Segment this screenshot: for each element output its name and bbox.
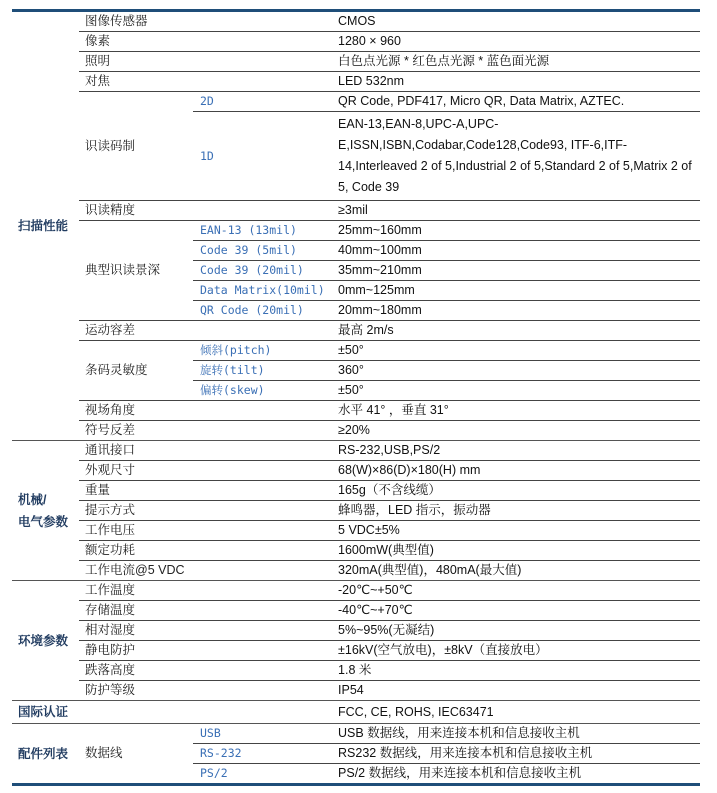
- spec-label: 提示方式: [79, 501, 326, 521]
- spec-value: ±50°: [326, 381, 700, 401]
- spec-sublabel: USB: [193, 724, 326, 744]
- spec-label: 像素: [79, 32, 326, 52]
- spec-value: 水平 41° ，垂直 31°: [326, 401, 700, 421]
- spec-row: 外观尺寸 68(W)×86(D)×180(H) mm: [12, 461, 700, 481]
- spec-row: 国际认证 FCC, CE, ROHS, IEC63471: [12, 701, 700, 724]
- spec-row: 静电防护 ±16kV(空气放电)，±8kV（直接放电）: [12, 641, 700, 661]
- spec-sublabel: 旋转(tilt): [193, 361, 326, 381]
- spec-value: FCC, CE, ROHS, IEC63471: [326, 701, 700, 724]
- spec-sublabel: 倾斜(pitch): [193, 341, 326, 361]
- spec-label: 条码灵敏度: [79, 341, 193, 401]
- spec-row: 照明 白色点光源 * 红色点光源 * 蓝色面光源: [12, 52, 700, 72]
- spec-value: IP54: [326, 681, 700, 701]
- spec-row: 重量 165g（不含线缆）: [12, 481, 700, 501]
- spec-table: 扫描性能 图像传感器 CMOS 像素 1280 × 960 照明 白色点光源 *…: [12, 9, 700, 441]
- spec-row: 机械/ 电气参数 通讯接口 RS-232,USB,PS/2: [12, 441, 700, 461]
- spec-value: 68(W)×86(D)×180(H) mm: [326, 461, 700, 481]
- spec-row: 运动容差 最高 2m/s: [12, 321, 700, 341]
- spec-row: 识读码制 2D QR Code, PDF417, Micro QR, Data …: [12, 92, 700, 112]
- spec-label: 数据线: [79, 724, 193, 785]
- spec-row: 配件列表 数据线 USB USB 数据线，用来连接本机和信息接收主机: [12, 724, 700, 744]
- spec-label: 视场角度: [79, 401, 326, 421]
- spec-sublabel: Code 39 (5mil): [193, 241, 326, 261]
- spec-label: 典型识读景深: [79, 221, 193, 321]
- spec-row: 工作电压 5 VDC±5%: [12, 521, 700, 541]
- spec-value: ≥3mil: [326, 201, 700, 221]
- spec-label: 工作电流@5 VDC: [79, 561, 326, 581]
- spec-row: 符号反差 ≥20%: [12, 421, 700, 441]
- spec-label: 跌落高度: [79, 661, 326, 681]
- section-label-mech-line2: 电气参数: [18, 515, 68, 529]
- spec-value: -40℃~+70℃: [326, 601, 700, 621]
- section-label-scan: 扫描性能: [12, 11, 79, 441]
- spec-sublabel: QR Code (20mil): [193, 301, 326, 321]
- spec-value: RS-232,USB,PS/2: [326, 441, 700, 461]
- spec-label: 通讯接口: [79, 441, 326, 461]
- spec-label: 额定功耗: [79, 541, 326, 561]
- spec-value: 1600mW(典型值): [326, 541, 700, 561]
- spec-value: ±50°: [326, 341, 700, 361]
- spec-value: 1.8 米: [326, 661, 700, 681]
- spec-value: 5 VDC±5%: [326, 521, 700, 541]
- spec-value: 1280 × 960: [326, 32, 700, 52]
- spec-value: 320mA(典型值)，480mA(最大值): [326, 561, 700, 581]
- spec-row: 提示方式 蜂鸣器，LED 指示，振动器: [12, 501, 700, 521]
- spec-sublabel: 偏转(skew): [193, 381, 326, 401]
- spec-sublabel: 2D: [193, 92, 326, 112]
- spec-label: 对焦: [79, 72, 326, 92]
- spec-row: 额定功耗 1600mW(典型值): [12, 541, 700, 561]
- spec-value: CMOS: [326, 11, 700, 32]
- section-label-acc: 配件列表: [12, 724, 79, 785]
- spec-row: 环境参数 工作温度 -20℃~+50℃: [12, 581, 700, 601]
- spec-label: 识读精度: [79, 201, 326, 221]
- spec-value: 165g（不含线缆）: [326, 481, 700, 501]
- spec-label: 照明: [79, 52, 326, 72]
- spec-value: ±16kV(空气放电)，±8kV（直接放电）: [326, 641, 700, 661]
- spec-row: 存储温度 -40℃~+70℃: [12, 601, 700, 621]
- spec-row: 典型识读景深 EAN-13 (13mil) 25mm~160mm: [12, 221, 700, 241]
- spec-row: 条码灵敏度 倾斜(pitch) ±50°: [12, 341, 700, 361]
- spec-value: ≥20%: [326, 421, 700, 441]
- spec-value: RS232 数据线，用来连接本机和信息接收主机: [326, 744, 700, 764]
- spec-label: 相对湿度: [79, 621, 326, 641]
- spec-value: QR Code, PDF417, Micro QR, Data Matrix, …: [326, 92, 700, 112]
- section-label-mech-line1: 机械/: [18, 493, 46, 507]
- spec-value: 40mm~100mm: [326, 241, 700, 261]
- spec-table-lower: 机械/ 电气参数 通讯接口 RS-232,USB,PS/2 外观尺寸 68(W)…: [12, 441, 700, 786]
- spec-row: 相对湿度 5%~95%(无凝结): [12, 621, 700, 641]
- spec-row: 扫描性能 图像传感器 CMOS: [12, 11, 700, 32]
- spec-value: 360°: [326, 361, 700, 381]
- spec-sublabel: RS-232: [193, 744, 326, 764]
- spec-row: 像素 1280 × 960: [12, 32, 700, 52]
- spec-row: 工作电流@5 VDC 320mA(典型值)，480mA(最大值): [12, 561, 700, 581]
- spec-value: 白色点光源 * 红色点光源 * 蓝色面光源: [326, 52, 700, 72]
- spec-row: 视场角度 水平 41° ，垂直 31°: [12, 401, 700, 421]
- section-label-mech: 机械/ 电气参数: [12, 441, 79, 581]
- spec-value: 25mm~160mm: [326, 221, 700, 241]
- spec-label: 静电防护: [79, 641, 326, 661]
- spec-label: 识读码制: [79, 92, 193, 201]
- spec-label: 重量: [79, 481, 326, 501]
- spec-value: 最高 2m/s: [326, 321, 700, 341]
- spec-sublabel: PS/2: [193, 764, 326, 785]
- spec-value: 35mm~210mm: [326, 261, 700, 281]
- spec-value: EAN-13,EAN-8,UPC-A,UPC-E,ISSN,ISBN,Codab…: [326, 112, 700, 201]
- spec-row: 对焦 LED 532nm: [12, 72, 700, 92]
- spec-value: PS/2 数据线，用来连接本机和信息接收主机: [326, 764, 700, 785]
- spec-label: 工作温度: [79, 581, 326, 601]
- spec-value: 20mm~180mm: [326, 301, 700, 321]
- spec-label: 运动容差: [79, 321, 326, 341]
- spec-value: 5%~95%(无凝结): [326, 621, 700, 641]
- spec-value: 蜂鸣器，LED 指示，振动器: [326, 501, 700, 521]
- spec-row: 防护等级 IP54: [12, 681, 700, 701]
- section-label-env: 环境参数: [12, 581, 79, 701]
- spec-row: 识读精度 ≥3mil: [12, 201, 700, 221]
- spec-sublabel: Data Matrix(10mil): [193, 281, 326, 301]
- section-label-cert: 国际认证: [12, 701, 326, 724]
- spec-sublabel: 1D: [193, 112, 326, 201]
- spec-label: 防护等级: [79, 681, 326, 701]
- spec-value: LED 532nm: [326, 72, 700, 92]
- spec-value: USB 数据线，用来连接本机和信息接收主机: [326, 724, 700, 744]
- spec-label: 图像传感器: [79, 11, 326, 32]
- spec-label: 外观尺寸: [79, 461, 326, 481]
- spec-label: 工作电压: [79, 521, 326, 541]
- spec-label: 存储温度: [79, 601, 326, 621]
- spec-label: 符号反差: [79, 421, 326, 441]
- spec-sublabel: EAN-13 (13mil): [193, 221, 326, 241]
- spec-value: 0mm~125mm: [326, 281, 700, 301]
- spec-row: 跌落高度 1.8 米: [12, 661, 700, 681]
- spec-sublabel: Code 39 (20mil): [193, 261, 326, 281]
- spec-value: -20℃~+50℃: [326, 581, 700, 601]
